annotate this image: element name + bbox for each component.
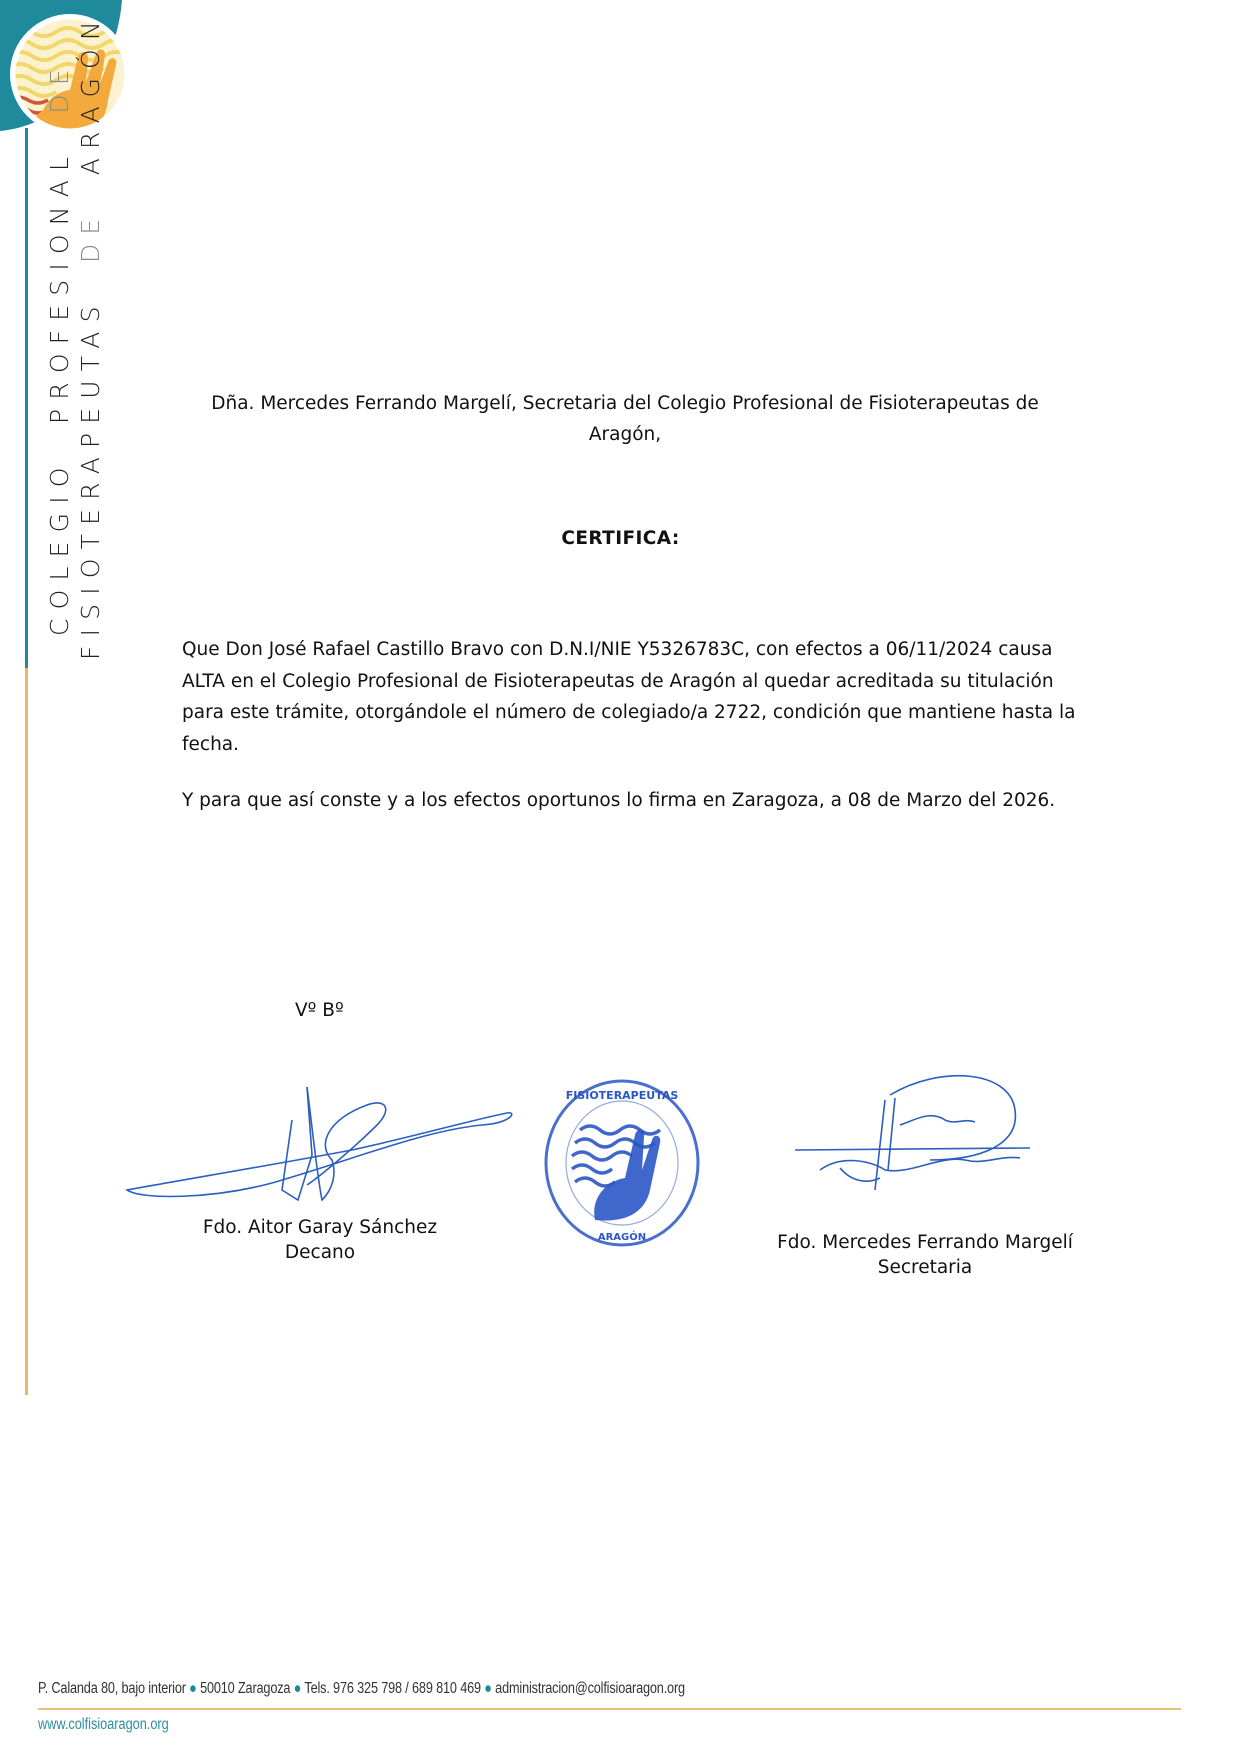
secretary-name: Fdo. Mercedes Ferrando Margelí	[760, 1230, 1090, 1255]
org-word: PROFESIONAL	[45, 148, 74, 424]
bullet-icon: ●	[484, 1680, 492, 1697]
dean-signature-caption: Fdo. Aitor Garay Sánchez Decano	[170, 1215, 470, 1265]
footer-website-link[interactable]: www.colfisioaragon.org	[38, 1716, 169, 1734]
dean-role: Decano	[170, 1240, 470, 1265]
footer-divider	[38, 1708, 1181, 1710]
bullet-icon: ●	[189, 1680, 197, 1697]
college-seal-stamp: FISIOTERAPEUTAS ARAGÓN	[540, 1075, 705, 1250]
sidebar-rule-orange	[25, 668, 28, 1395]
vertical-org-name-line2: FISIOTERAPEUTAS DE ARAGÓN	[76, 12, 105, 660]
footer-address: P. Calanda 80, bajo interior	[38, 1680, 186, 1697]
dean-signature-image	[122, 1065, 517, 1215]
certificate-body-paragraph: Que Don José Rafael Castillo Bravo con D…	[182, 634, 1082, 760]
certificate-intro: Dña. Mercedes Ferrando Margelí, Secretar…	[200, 388, 1050, 450]
dean-name: Fdo. Aitor Garay Sánchez	[170, 1215, 470, 1240]
org-word: FISIOTERAPEUTAS	[76, 297, 105, 660]
footer-postal: 50010 Zaragoza	[200, 1680, 290, 1697]
approval-mark: Vº Bº	[295, 1000, 344, 1021]
secretary-signature-caption: Fdo. Mercedes Ferrando Margelí Secretari…	[760, 1230, 1090, 1280]
footer-contact-line: P. Calanda 80, bajo interior ● 50010 Zar…	[38, 1680, 685, 1698]
org-word-de: DE	[76, 210, 105, 263]
vertical-org-name-line1: COLEGIO PROFESIONAL DE	[45, 60, 74, 636]
org-word-de: DE	[45, 60, 74, 113]
stamp-text: FISIOTERAPEUTAS	[566, 1089, 679, 1102]
bullet-icon: ●	[294, 1680, 302, 1697]
footer-email[interactable]: administracion@colfisioaragon.org	[495, 1680, 685, 1697]
certificate-heading: CERTIFICA:	[0, 528, 1241, 549]
certificate-closing-paragraph: Y para que así conste y a los efectos op…	[182, 785, 1082, 817]
secretary-signature-image	[780, 1050, 1080, 1220]
org-word: ARAGÓN	[76, 12, 105, 175]
sidebar-rule-teal	[25, 128, 28, 668]
footer-phones: Tels. 976 325 798 / 689 810 469	[304, 1680, 481, 1697]
secretary-role: Secretaria	[760, 1255, 1090, 1280]
stamp-text: ARAGÓN	[598, 1230, 646, 1243]
